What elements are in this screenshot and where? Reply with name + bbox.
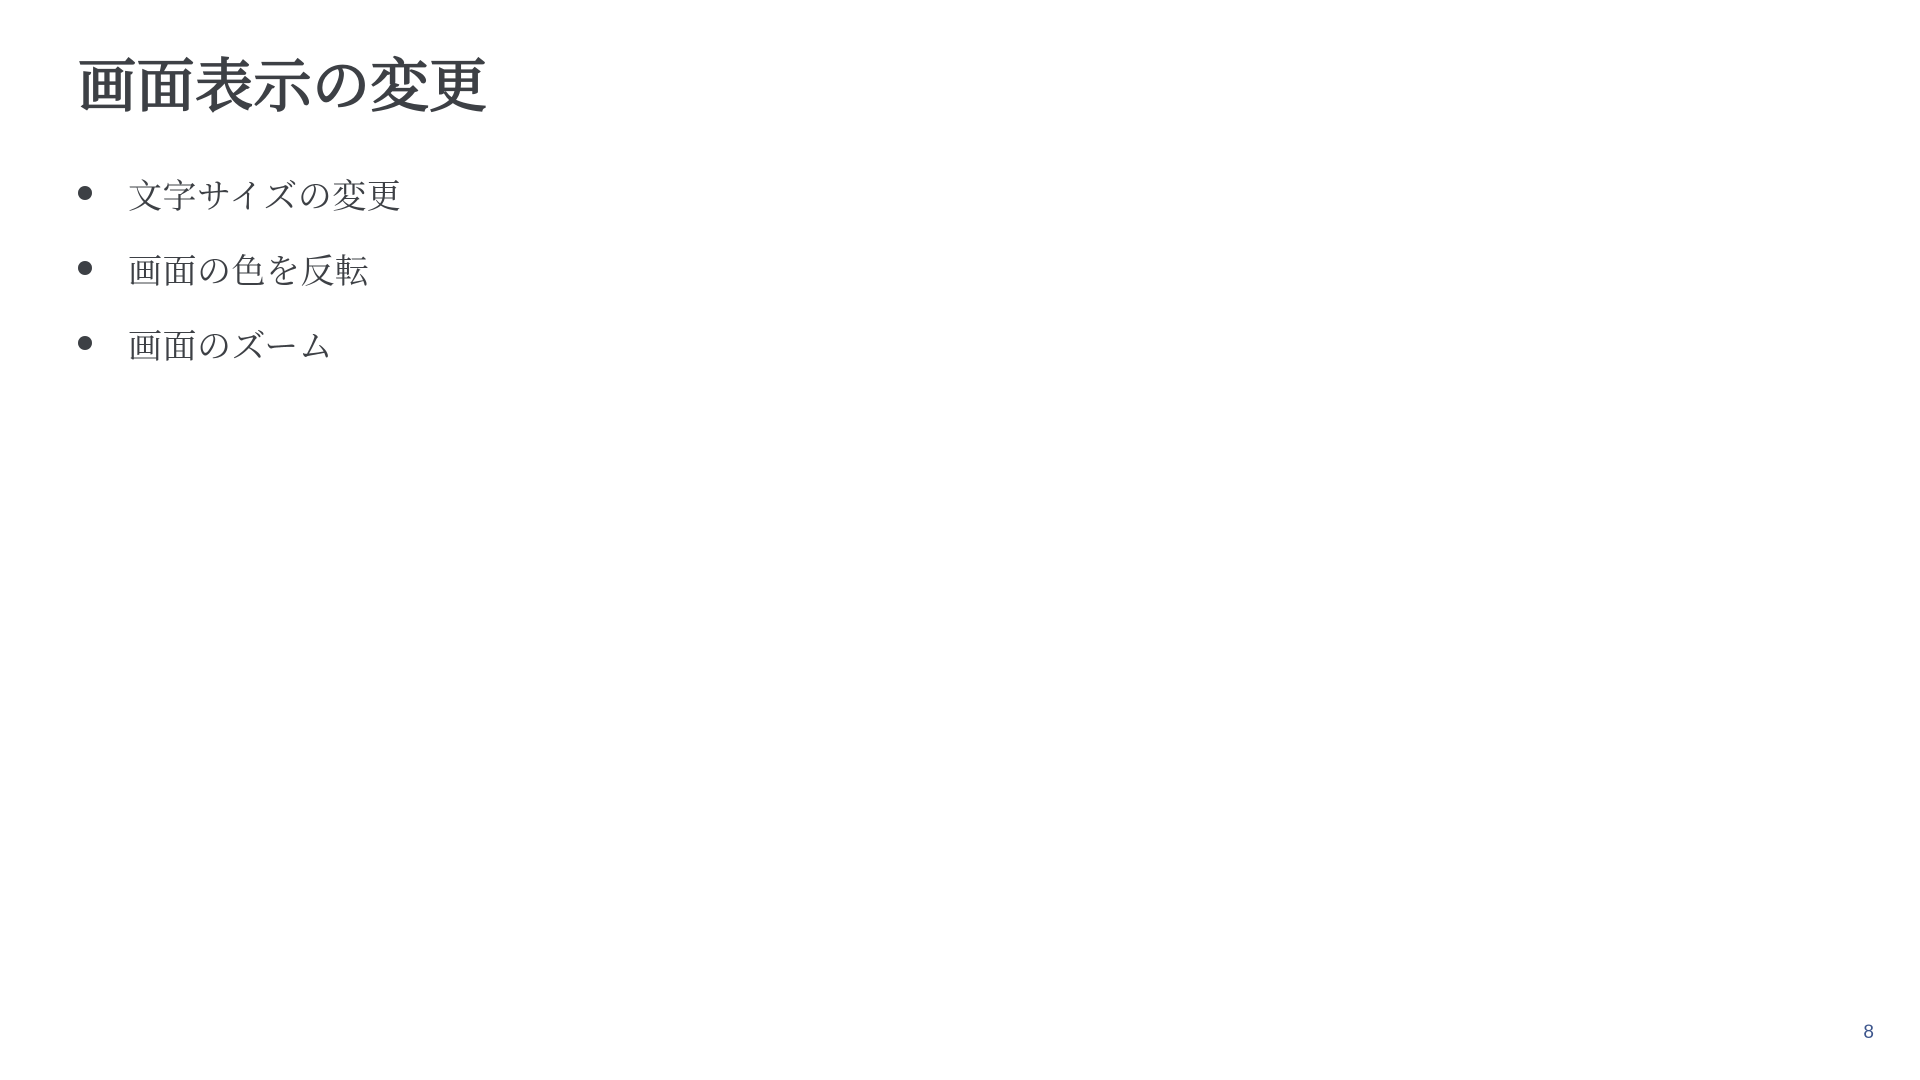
- bullet-list: 文字サイズの変更 画面の色を反転 画面のズーム: [78, 170, 401, 395]
- bullet-item: 画面のズーム: [78, 320, 401, 366]
- bullet-dot-icon: [78, 186, 92, 200]
- bullet-item: 文字サイズの変更: [78, 170, 401, 216]
- bullet-dot-icon: [78, 336, 92, 350]
- page-number: 8: [1863, 1022, 1874, 1044]
- slide-title: 画面表示の変更: [78, 52, 488, 122]
- bullet-text: 文字サイズの変更: [128, 169, 401, 218]
- bullet-dot-icon: [78, 261, 92, 275]
- slide-canvas: 画面表示の変更 文字サイズの変更 画面の色を反転 画面のズーム 8: [0, 0, 1920, 1080]
- bullet-item: 画面の色を反転: [78, 245, 401, 291]
- bullet-text: 画面の色を反転: [128, 244, 370, 293]
- bullet-text: 画面のズーム: [128, 319, 333, 368]
